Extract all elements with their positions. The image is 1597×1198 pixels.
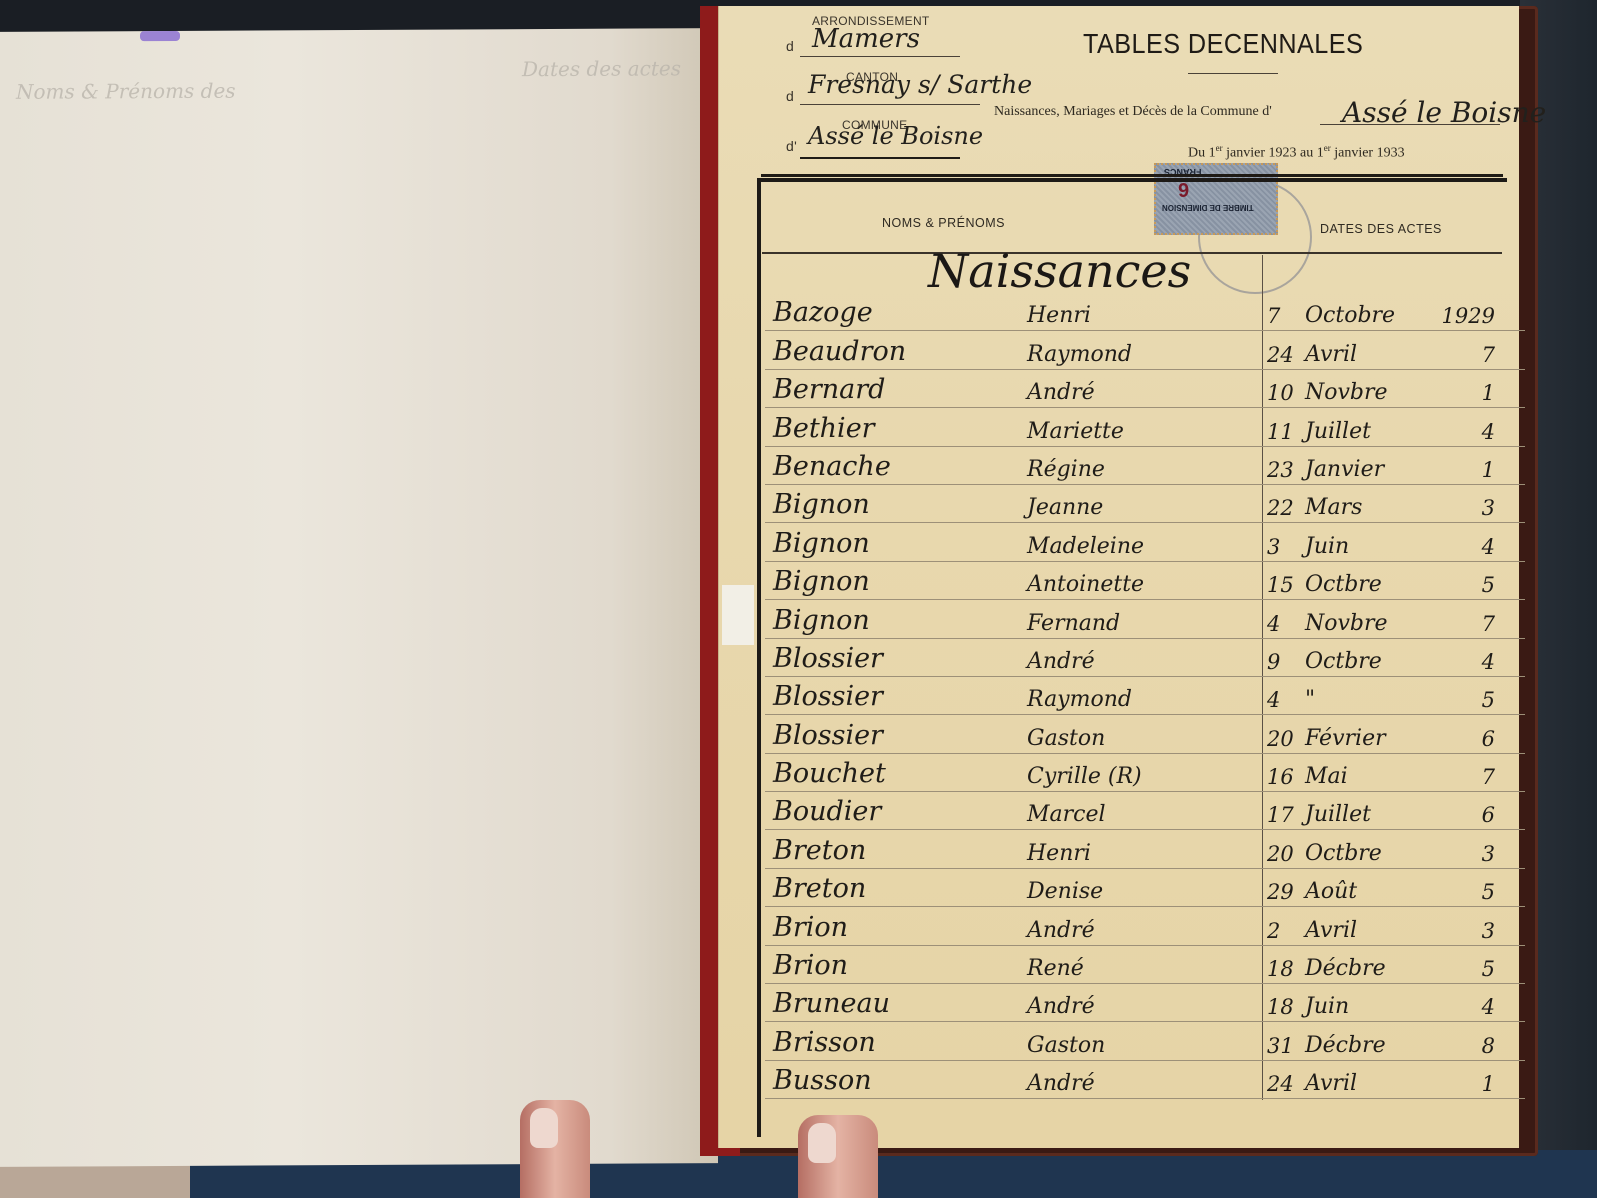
left-blank-page: Noms & Prénoms des Dates des actes xyxy=(0,28,718,1167)
arrondissement-value: Mamers xyxy=(812,24,920,54)
divider xyxy=(800,157,960,159)
table-row: BernardAndré10Novbre1 xyxy=(765,370,1525,408)
document-subtitle: Naissances, Mariages et Décès de la Comm… xyxy=(994,104,1272,120)
table-row: BrissonGaston31Décbre8 xyxy=(765,1022,1525,1060)
date-range: Du 1er janvier 1923 au 1er janvier 1933 xyxy=(1188,143,1405,162)
commune-value: Assé le Boisne xyxy=(808,122,983,150)
table-row: BignonAntoinette15Octbre5 xyxy=(765,562,1525,600)
canton-value: Fresnay s/ Sarthe xyxy=(808,70,1032,99)
document-title: TABLES DECENNALES xyxy=(1083,28,1363,60)
table-top-rule xyxy=(761,174,1503,177)
table-row: BrionRené18Décbre5 xyxy=(765,946,1525,984)
finger-left xyxy=(520,1100,590,1198)
table-row: BussonAndré24Avril1 xyxy=(765,1061,1525,1099)
table-row: BazogeHenri7Octobre1929 xyxy=(765,293,1525,331)
binding-tab xyxy=(722,585,754,645)
table-row: BouchetCyrille (R)16Mai7 xyxy=(765,754,1525,792)
register-rows: BazogeHenri7Octobre1929 BeaudronRaymond2… xyxy=(765,293,1525,1099)
divider xyxy=(800,56,960,57)
table-row: BignonFernand4Novbre7 xyxy=(765,600,1525,638)
table-row: BretonDenise29Août5 xyxy=(765,869,1525,907)
divider xyxy=(1320,124,1500,125)
table-row: BrionAndré2Avril3 xyxy=(765,907,1525,945)
commune-prefix: d' xyxy=(786,138,797,154)
table-row: BlossierAndré9Octbre4 xyxy=(765,639,1525,677)
table-row: BeaudronRaymond24Avril7 xyxy=(765,331,1525,369)
table-row: BethierMariette11Juillet4 xyxy=(765,408,1525,446)
table-row: BignonJeanne22Mars3 xyxy=(765,485,1525,523)
table-row: BlossierRaymond4"5 xyxy=(765,677,1525,715)
title-underline xyxy=(1188,73,1278,74)
table-row: BretonHenri20Octbre3 xyxy=(765,830,1525,868)
faint-header-names: Noms & Prénoms des xyxy=(16,79,236,104)
column-header-dates: DATES DES ACTES xyxy=(1320,222,1442,236)
column-header-names: NOMS & PRÉNOMS xyxy=(882,216,1005,230)
divider xyxy=(800,104,980,105)
arrondissement-prefix: d xyxy=(786,38,794,54)
table-row: BruneauAndré18Juin4 xyxy=(765,984,1525,1022)
table-row: BenacheRégine23Janvier1 xyxy=(765,447,1525,485)
table-row: BignonMadeleine3Juin4 xyxy=(765,523,1525,561)
table-row: BoudierMarcel17Juillet6 xyxy=(765,792,1525,830)
finger-right xyxy=(798,1115,878,1198)
faint-header-dates: Dates des actes xyxy=(522,56,681,81)
ink-mark xyxy=(140,31,180,41)
canton-prefix: d xyxy=(786,88,794,104)
table-row: BlossierGaston20Février6 xyxy=(765,715,1525,753)
section-title: Naissances xyxy=(928,244,1191,298)
